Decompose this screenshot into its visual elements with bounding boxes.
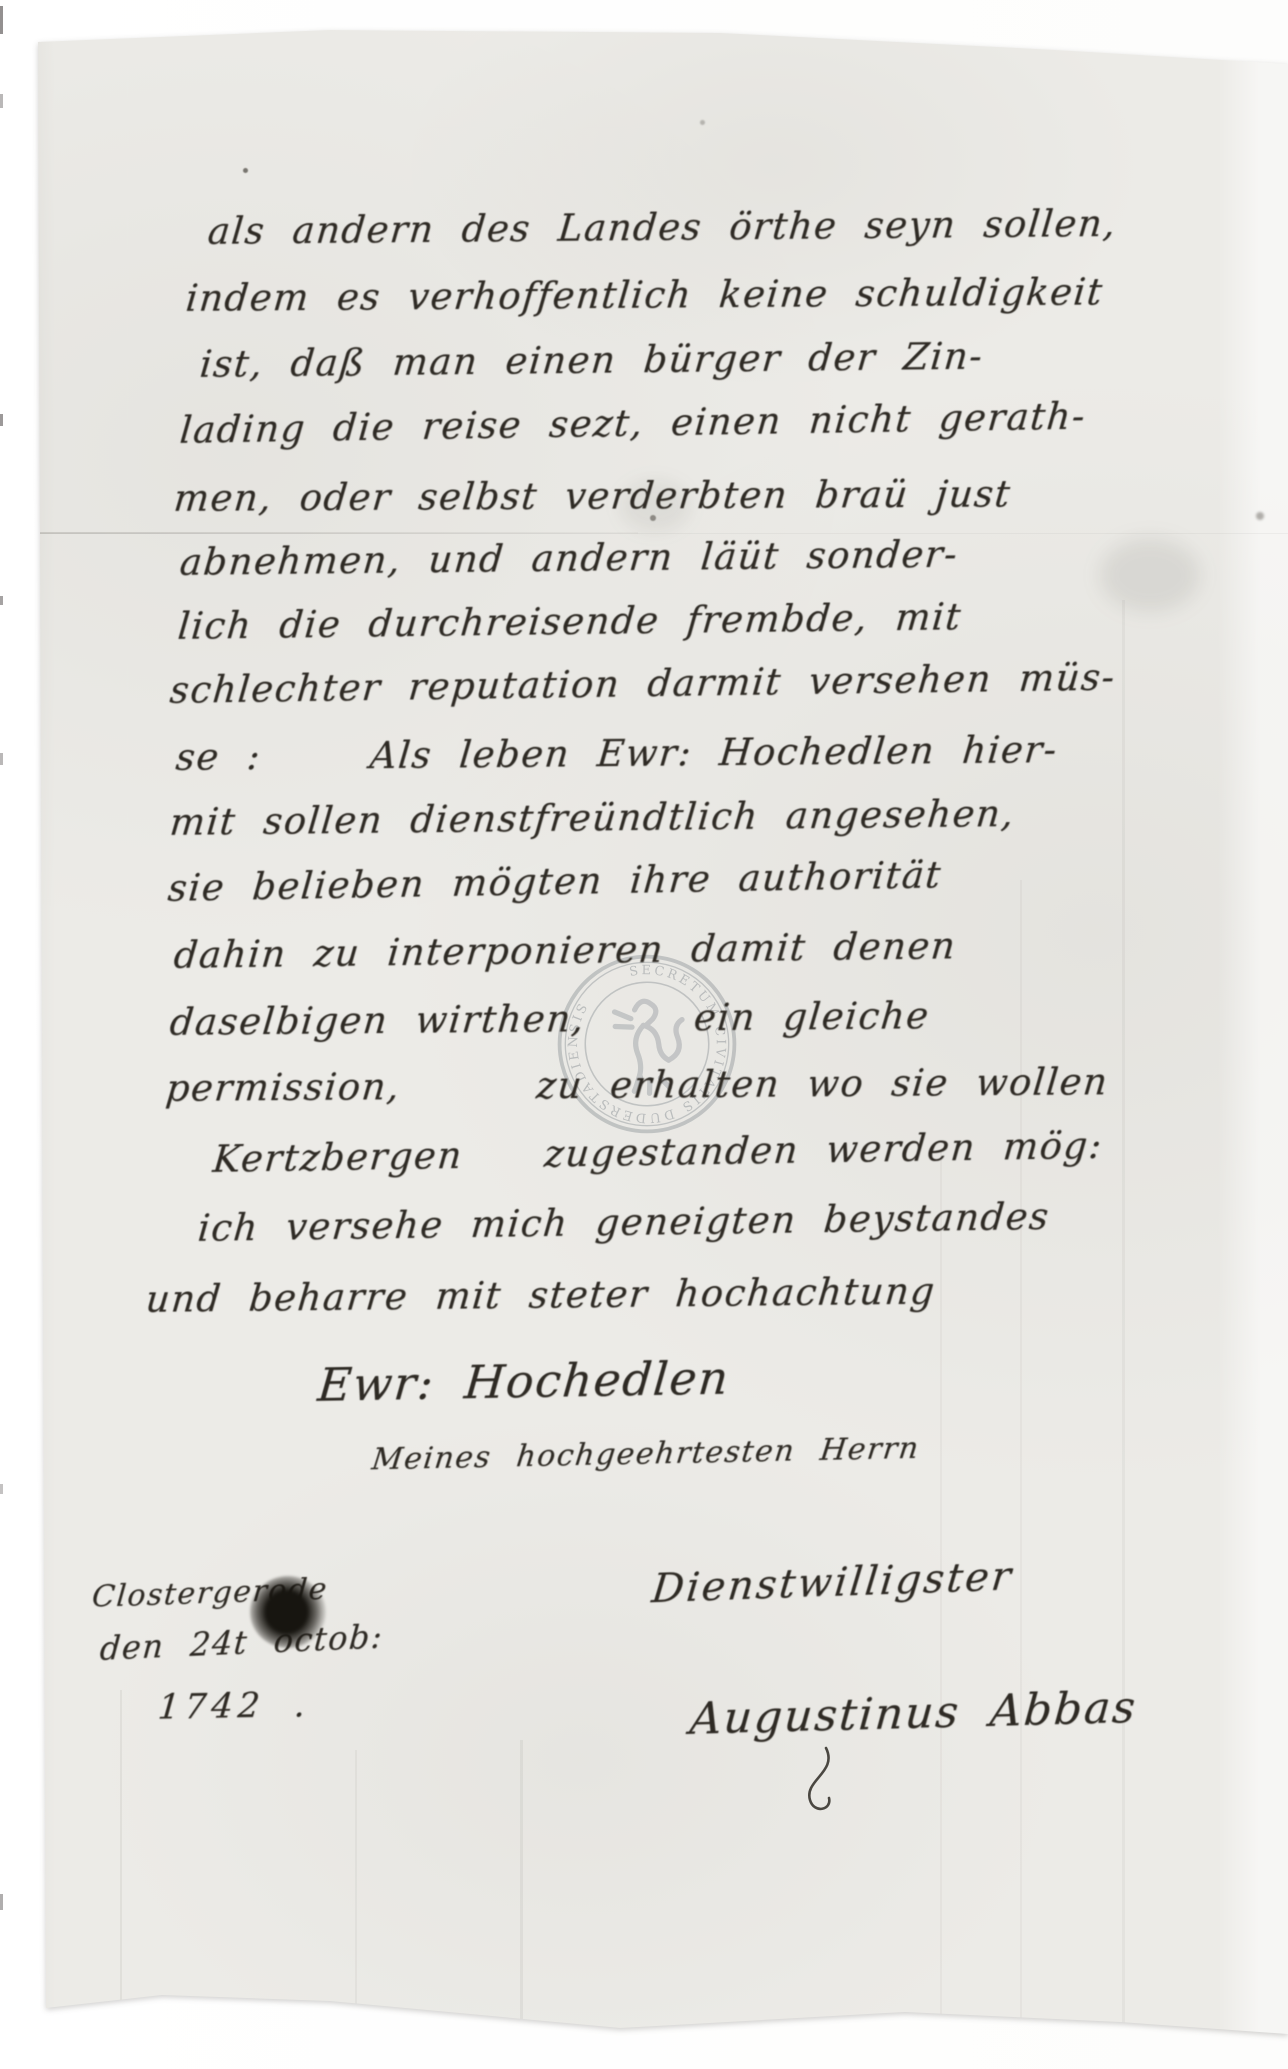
manuscript-line: lading die reise sezt, einen nicht gerat… xyxy=(178,395,1088,452)
paper-stain xyxy=(1256,512,1264,520)
manuscript-line: men, oder selbst verderbten braü just xyxy=(172,473,1013,520)
signature-flourish xyxy=(796,1744,840,1816)
paper-crease xyxy=(1020,880,1022,2030)
manuscript-line: se : Als leben Ewr: Hochedlen hier- xyxy=(174,728,1060,779)
paper-crease xyxy=(38,532,638,534)
dateline-date: den 24t octob: xyxy=(98,1618,384,1669)
paper-stain xyxy=(700,120,705,125)
manuscript-line: dahin zu interponieren damit denen xyxy=(172,924,958,977)
closing-line-2: Meines hochgeehrtesten Herrn xyxy=(370,1430,922,1477)
paper-crease xyxy=(355,1750,357,2010)
signature-line: Augustinus Abbas xyxy=(688,1682,1139,1745)
paper-shadow-wrap: SECRETUM CIVITATIS DUDERSTADIENSIS als a… xyxy=(0,0,1288,2069)
manuscript-line: lich die durchreisende frembde, mit xyxy=(176,595,964,648)
manuscript-line: als andern des Landes örthe seyn sollen, xyxy=(206,202,1119,253)
manuscript-line: schlechter reputation darmit versehen mü… xyxy=(168,656,1118,712)
valediction-line: Dienstwilligster xyxy=(650,1553,1016,1612)
paper-crease xyxy=(1122,600,1125,2030)
letter-paper: SECRETUM CIVITATIS DUDERSTADIENSIS als a… xyxy=(0,0,1288,2069)
closing-line-1: Ewr: Hochedlen xyxy=(316,1351,732,1412)
paper-crease xyxy=(520,1740,523,2030)
manuscript-line: permission, zu erhalten wo sie wollen xyxy=(164,1060,1111,1110)
scanned-page: SECRETUM CIVITATIS DUDERSTADIENSIS als a… xyxy=(0,0,1288,2069)
paper-stain xyxy=(1100,538,1200,612)
manuscript-line: ist, daß man einen bürger der Zin- xyxy=(198,335,985,386)
manuscript-line: Kertzbergen zugestanden werden mög: xyxy=(211,1124,1105,1181)
dateline-year: 1742 . xyxy=(156,1685,312,1728)
ink-blot xyxy=(250,1576,326,1648)
city-seal-stamp: SECRETUM CIVITATIS DUDERSTADIENSIS xyxy=(552,946,742,1142)
manuscript-line: und beharre mit steter hochachtung xyxy=(144,1270,938,1321)
paper-crease xyxy=(120,1690,122,2010)
paper-stain xyxy=(243,168,248,173)
manuscript-line: mit sollen dienstfreündtlich angesehen, xyxy=(168,792,1017,844)
paper-crease xyxy=(38,533,1288,534)
manuscript-line: sie belieben mögten ihre authorität xyxy=(166,853,944,910)
manuscript-line: abnehmen, und andern läüt sonder- xyxy=(178,533,960,584)
seal-inscription: SECRETUM CIVITATIS DUDERSTADIENSIS xyxy=(552,946,742,1142)
manuscript-line: ich versehe mich geneigten beystandes xyxy=(196,1195,1052,1250)
manuscript-line: daselbigen wirthen, ein gleiche xyxy=(168,994,932,1044)
manuscript-line: indem es verhoffentlich keine schuldigke… xyxy=(184,271,1106,320)
